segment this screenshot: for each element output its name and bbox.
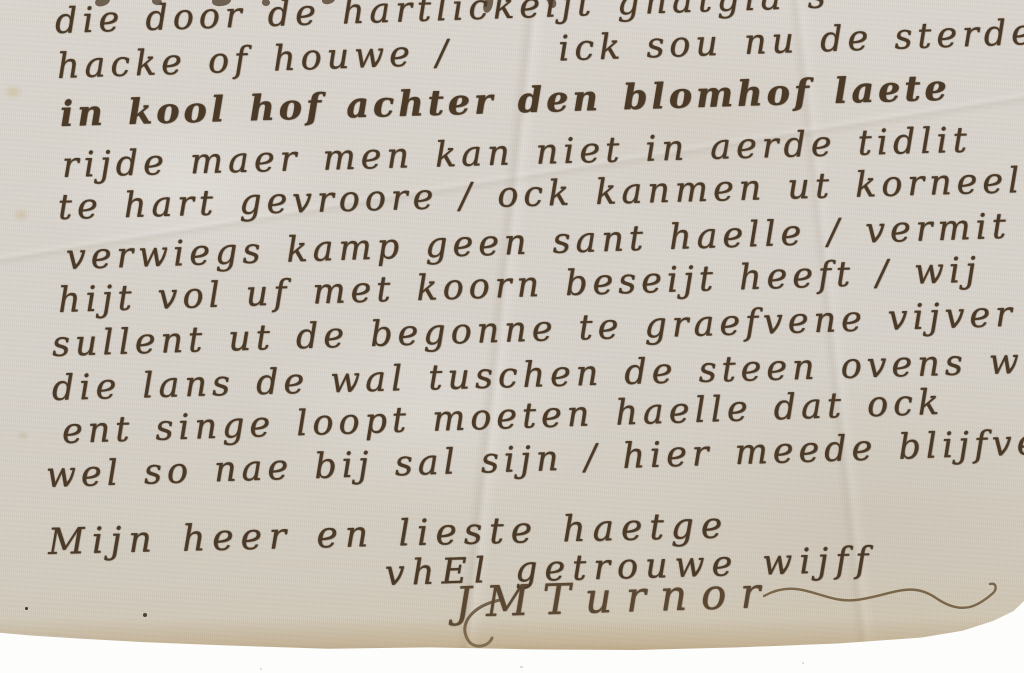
scanned-letter-page: die door de hartlickeijt gnatgia s hacke…: [0, 0, 1024, 673]
paper-stain: [16, 430, 30, 441]
letter-paper: die door de hartlickeijt gnatgia s hacke…: [0, 0, 1024, 664]
ink-speck: [143, 613, 147, 617]
paper-stain: [12, 208, 30, 222]
signature-text: JMTurnor: [454, 570, 775, 625]
background-speck: [260, 668, 262, 670]
paper-stain: [2, 84, 24, 100]
ink-speck: [25, 607, 28, 610]
background-speck: [520, 666, 523, 668]
background-speck: [802, 662, 804, 664]
